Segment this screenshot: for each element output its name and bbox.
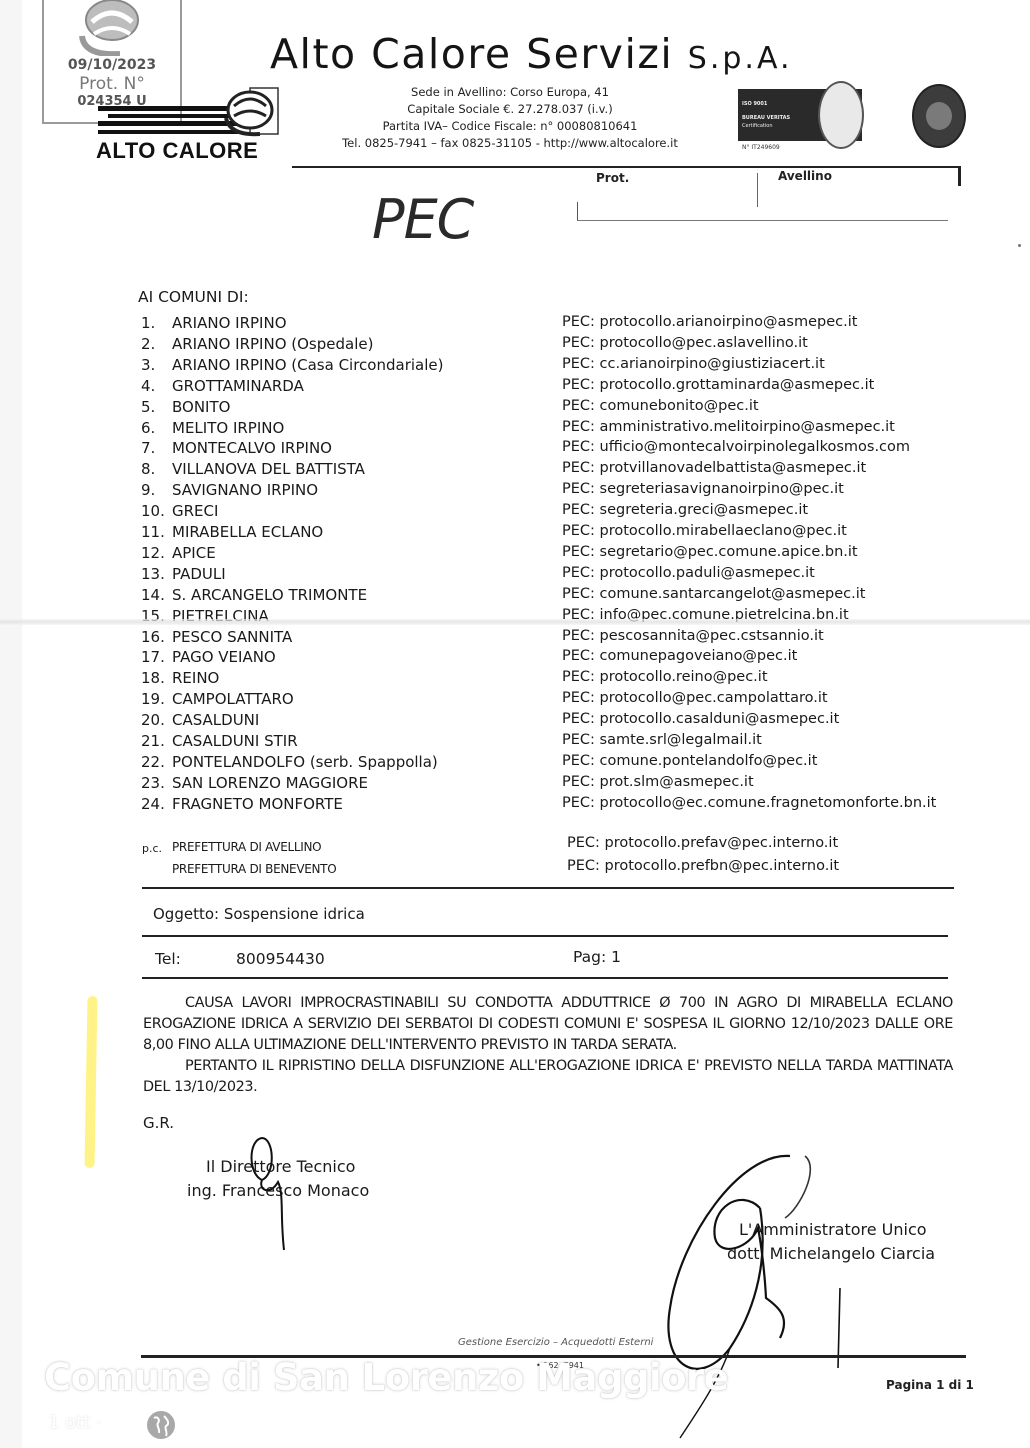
recipient-num: 8. [141, 460, 155, 478]
alto-calore-logo-icon [74, 0, 148, 56]
recipient-pec: PEC: segreteriasavignanoirpino@pec.it [562, 481, 844, 497]
notice-paragraph: PERTANTO IL RIPRISTINO DELLA DISFUNZIONE… [143, 1056, 953, 1098]
footer-department: Gestione Esercizio – Acquedotti Esterni [458, 1337, 653, 1348]
pec-title: PEC [372, 188, 473, 251]
recipient-name: CASALDUNI [172, 711, 259, 729]
recipient-pec: PEC: cc.arianoirpino@giustiziacert.it [562, 356, 825, 372]
prot-field [577, 202, 948, 221]
recipient-name: CASALDUNI STIR [172, 732, 298, 750]
recipient-name: ARIANO IRPINO (Casa Circondariale) [172, 356, 443, 374]
recipient-pec: PEC: comunebonito@pec.it [562, 398, 759, 414]
recipient-num: 5. [141, 398, 155, 416]
globe-icon [144, 1408, 178, 1442]
notice-body: CAUSA LAVORI IMPROCRASTINABILI SU CONDOT… [143, 993, 953, 1098]
recipient-num: 22. [141, 753, 165, 771]
recipient-row: 18.REINOPEC: protocollo.reino@pec.it [0, 669, 1008, 690]
recipient-pec: PEC: segreteria.greci@asmepec.it [562, 502, 808, 518]
recipient-row: 23.SAN LORENZO MAGGIOREPEC: prot.slm@asm… [0, 774, 1008, 795]
recipient-name: FRAGNETO MONFORTE [172, 795, 343, 813]
logo-stripes-icon [98, 102, 238, 140]
recipient-pec: PEC: ufficio@montecalvoirpinolegalkosmos… [562, 439, 910, 455]
recipient-pec: PEC: amministrativo.melitoirpino@asmepec… [562, 419, 895, 435]
recipient-pec: PEC: prot.slm@asmepec.it [562, 774, 754, 790]
recipient-num: 6. [141, 419, 155, 437]
company-suffix: S.p.A. [688, 41, 793, 76]
recipient-row: 5.BONITOPEC: comunebonito@pec.it [0, 398, 1008, 419]
recipient-row: 9.SAVIGNANO IRPINOPEC: segreteriasavigna… [0, 481, 1008, 502]
company-address: Sede in Avellino: Corso Europa, 41 [300, 84, 720, 101]
company-contacts: Tel. 0825-7941 – fax 0825-31105 - http:/… [300, 135, 720, 152]
page-label: Pag: 1 [573, 948, 621, 966]
recipient-num: 2. [141, 335, 155, 353]
notice-paragraph: CAUSA LAVORI IMPROCRASTINABILI SU CONDOT… [143, 993, 953, 1056]
stamp-prot-label: Prot. N° [44, 74, 180, 94]
recipient-row: 20.CASALDUNIPEC: protocollo.casalduni@as… [0, 711, 1008, 732]
recipient-row: 19.CAMPOLATTAROPEC: protocollo@pec.campo… [0, 690, 1008, 711]
cc-recipient: PREFETTURA DI AVELLINO [172, 840, 321, 854]
recipient-row: 12.APICEPEC: segretario@pec.comune.apice… [0, 544, 1008, 565]
recipient-row: 22.PONTELANDOLFO (serb. Spappolla)PEC: c… [0, 753, 1008, 774]
scan-speck [1018, 244, 1021, 247]
signature-left-icon [240, 1134, 310, 1254]
company-capital: Capitale Sociale €. 27.278.037 (i.v.) [300, 101, 720, 118]
page-count: Pagina 1 di 1 [886, 1378, 974, 1392]
recipient-pec: PEC: comune.pontelandolfo@pec.it [562, 753, 817, 769]
cc-recipient: PREFETTURA DI BENEVENTO [172, 862, 336, 876]
post-time: 1 ott · [48, 1412, 102, 1433]
cert-number: N° IT249609 [742, 144, 780, 151]
recipient-pec: PEC: protvillanovadelbattista@asmepec.it [562, 460, 866, 476]
recipient-name: BONITO [172, 398, 230, 416]
recipient-num: 9. [141, 481, 155, 499]
bureau-veritas-seal-icon [818, 81, 864, 149]
recipient-num: 12. [141, 544, 165, 562]
recipient-num: 17. [141, 648, 165, 666]
recipient-pec: PEC: protocollo.reino@pec.it [562, 669, 768, 685]
stamp-date: 09/10/2023 [44, 57, 180, 73]
recipient-name: MELITO IRPINO [172, 419, 284, 437]
recipient-num: 10. [141, 502, 165, 520]
recipient-pec: PEC: comune.santarcangelot@asmepec.it [562, 586, 865, 602]
recipient-name: MONTECALVO IRPINO [172, 439, 332, 457]
recipient-name: PADULI [172, 565, 226, 583]
recipient-pec: PEC: samte.srl@legalmail.it [562, 732, 762, 748]
header-rule [292, 166, 960, 168]
recipient-row: 6.MELITO IRPINOPEC: amministrativo.melit… [0, 419, 1008, 440]
recipient-name: ARIANO IRPINO (Ospedale) [172, 335, 373, 353]
recipient-name: SAVIGNANO IRPINO [172, 481, 318, 499]
subject-label: Oggetto: [153, 905, 219, 923]
author-initials: G.R. [143, 1114, 174, 1132]
page-value: 1 [611, 948, 621, 966]
cc-pec: PEC: protocollo.prefav@pec.interno.it [567, 835, 838, 851]
company-name: Alto Calore Servizi S.p.A. [270, 30, 793, 78]
recipient-pec: PEC: protocollo@ec.comune.fragnetomonfor… [562, 795, 936, 811]
recipient-name: PAGO VEIANO [172, 648, 276, 666]
paper-fold [0, 619, 1030, 625]
recipient-name: REINO [172, 669, 219, 687]
recipient-pec: PEC: segretario@pec.comune.apice.bn.it [562, 544, 858, 560]
recipient-name: PONTELANDOLFO (serb. Spappolla) [172, 753, 438, 771]
recipient-pec: PEC: protocollo.mirabellaeclano@pec.it [562, 523, 847, 539]
place-label: Avellino [778, 169, 832, 183]
tel-value: 800954430 [236, 950, 325, 968]
recipient-num: 11. [141, 523, 165, 541]
recipient-num: 16. [141, 628, 165, 646]
accredia-logo-icon [912, 84, 966, 148]
header-rule-end [958, 166, 961, 186]
recipient-pec: PEC: protocollo.paduli@asmepec.it [562, 565, 815, 581]
recipient-num: 7. [141, 439, 155, 457]
section-rule [142, 977, 948, 979]
recipient-name: GROTTAMINARDA [172, 377, 304, 395]
subject-line: Oggetto: Sospensione idrica [153, 905, 365, 923]
recipient-num: 4. [141, 377, 155, 395]
company-vat: Partita IVA– Codice Fiscale: n° 00080810… [300, 118, 720, 135]
recipient-name: APICE [172, 544, 216, 562]
recipient-pec: PEC: protocollo.casalduni@asmepec.it [562, 711, 839, 727]
recipient-num: 13. [141, 565, 165, 583]
recipient-num: 20. [141, 711, 165, 729]
company-name-text: Alto Calore Servizi [270, 30, 673, 78]
recipient-num: 23. [141, 774, 165, 792]
signature-right-icon [640, 1148, 880, 1448]
recipient-pec: PEC: protocollo@pec.campolattaro.it [562, 690, 828, 706]
recipient-num: 14. [141, 586, 165, 604]
recipient-num: 19. [141, 690, 165, 708]
recipient-name: S. ARCANGELO TRIMONTE [172, 586, 367, 604]
recipient-row: 10.GRECIPEC: segreteria.greci@asmepec.it [0, 502, 1008, 523]
section-rule [142, 887, 954, 889]
recipient-row: 4.GROTTAMINARDAPEC: protocollo.grottamin… [0, 377, 1008, 398]
prot-label: Prot. [596, 171, 629, 185]
recipient-row: 16.PESCO SANNITAPEC: pescosannita@pec.cs… [0, 628, 1008, 649]
recipient-pec: PEC: protocollo.grottaminarda@asmepec.it [562, 377, 874, 393]
recipient-row: 2.ARIANO IRPINO (Ospedale)PEC: protocoll… [0, 335, 1008, 356]
tel-label: Tel: [155, 950, 181, 968]
recipient-row: 11.MIRABELLA ECLANOPEC: protocollo.mirab… [0, 523, 1008, 544]
subject-value: Sospensione idrica [224, 905, 365, 923]
recipient-name: CAMPOLATTARO [172, 690, 294, 708]
recipient-pec: PEC: protocollo@pec.aslavellino.it [562, 335, 808, 351]
recipient-row: 7.MONTECALVO IRPINOPEC: ufficio@montecal… [0, 439, 1008, 460]
bureau-veritas-cert-logo: ISO 9001 BUREAU VERITAS Certification [738, 89, 862, 141]
recipient-row: 21.CASALDUNI STIRPEC: samte.srl@legalmai… [0, 732, 1008, 753]
post-author-watermark: Comune di San Lorenzo Maggiore [44, 1356, 728, 1399]
recipient-row: 24.FRAGNETO MONFORTEPEC: protocollo@ec.c… [0, 795, 1008, 816]
recipient-name: MIRABELLA ECLANO [172, 523, 323, 541]
recipient-pec: PEC: pescosannita@pec.cstsannio.it [562, 628, 824, 644]
recipient-num: 21. [141, 732, 165, 750]
recipient-row: 14.S. ARCANGELO TRIMONTEPEC: comune.sant… [0, 586, 1008, 607]
recipient-row: 17.PAGO VEIANOPEC: comunepagoveiano@pec.… [0, 648, 1008, 669]
recipient-num: 24. [141, 795, 165, 813]
recipients-heading: AI COMUNI DI: [138, 288, 249, 306]
logo-wordmark: ALTO CALORE [96, 138, 258, 164]
recipient-name: PESCO SANNITA [172, 628, 292, 646]
recipient-row: 1.ARIANO IRPINOPEC: protocollo.arianoirp… [0, 314, 1008, 335]
recipient-num: 1. [141, 314, 155, 332]
recipient-name: ARIANO IRPINO [172, 314, 287, 332]
recipient-row: 13.PADULIPEC: protocollo.paduli@asmepec.… [0, 565, 1008, 586]
section-rule [142, 935, 948, 937]
recipient-num: 18. [141, 669, 165, 687]
recipient-pec: PEC: comunepagoveiano@pec.it [562, 648, 797, 664]
recipient-row: 8.VILLANOVA DEL BATTISTAPEC: protvillano… [0, 460, 1008, 481]
recipient-num: 3. [141, 356, 155, 374]
recipient-row: 3.ARIANO IRPINO (Casa Circondariale)PEC:… [0, 356, 1008, 377]
cc-label: p.c. [142, 842, 162, 855]
recipient-pec: PEC: protocollo.arianoirpino@asmepec.it [562, 314, 857, 330]
cc-pec: PEC: protocollo.prefbn@pec.interno.it [567, 858, 839, 874]
recipient-name: VILLANOVA DEL BATTISTA [172, 460, 365, 478]
recipient-name: GRECI [172, 502, 218, 520]
recipient-name: SAN LORENZO MAGGIORE [172, 774, 368, 792]
alto-calore-mark-icon [220, 86, 282, 138]
